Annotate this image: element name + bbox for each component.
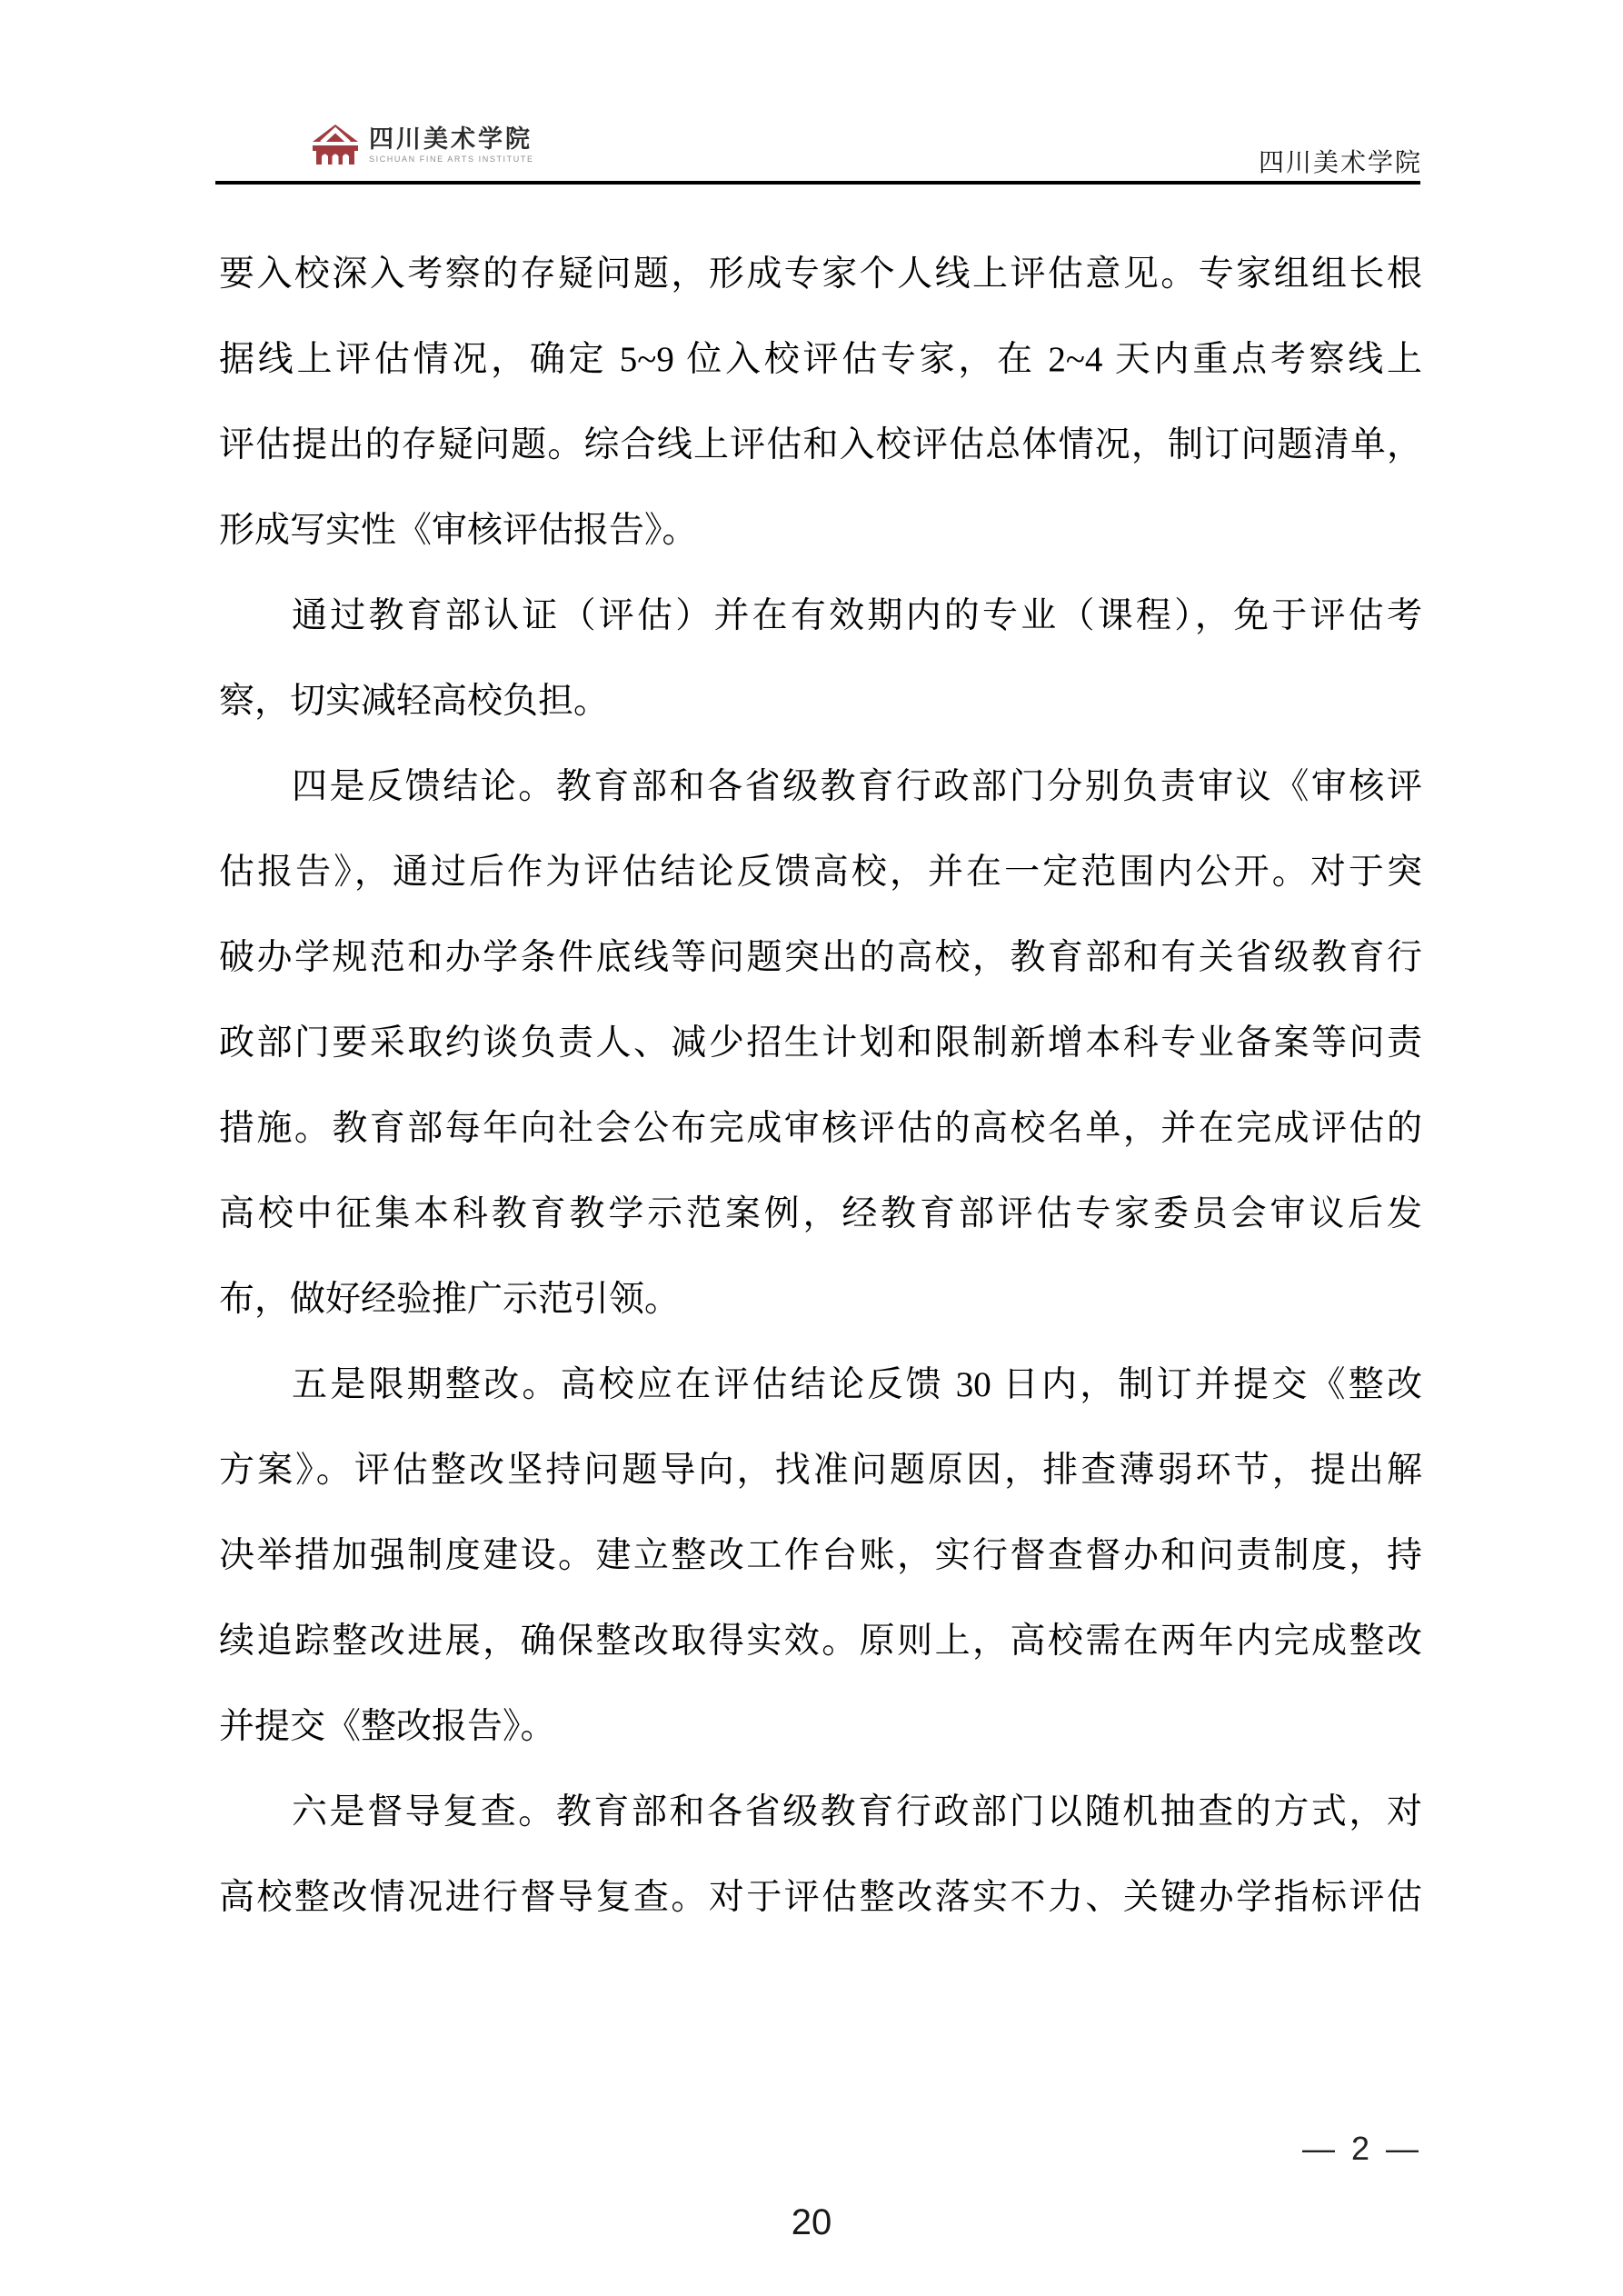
text-line: 措施。教育部每年向社会公布完成审核评估的高校名单，并在完成评估的 [219,1086,1422,1172]
text-line: 评估提出的存疑问题。综合线上评估和入校评估总体情况，制订问题清单， [219,403,1422,488]
text-line: 要入校深入考察的存疑问题，形成专家个人线上评估意见。专家组组长根 [219,232,1422,317]
text-line: 高校整改情况进行督导复查。对于评估整改落实不力、关键办学指标评估 [219,1855,1422,1941]
text-line: 高校中征集本科教育教学示范案例，经教育部评估专家委员会审议后发 [219,1172,1422,1257]
text-line: 察，切实减轻高校负担。 [219,659,1422,744]
text-line: 据线上评估情况，确定 5~9 位入校评估专家，在 2~4 天内重点考察线上 [219,317,1422,403]
text-line: 四是反馈结论。教育部和各省级教育行政部门分别负责审议《审核评 [219,744,1422,830]
text-line: 通过教育部认证（评估）并在有效期内的专业（课程），免于评估考 [219,574,1422,659]
text-line: 并提交《整改报告》。 [219,1684,1422,1770]
document-page: 四川美术学院 SICHUAN FINE ARTS INSTITUTE 四川美术学… [0,0,1623,2296]
text-line: 续追踪整改进展，确保整改取得实效。原则上，高校需在两年内完成整改 [219,1599,1422,1684]
text-line: 决举措加强制度建设。建立整改工作台账，实行督查督办和问责制度，持 [219,1513,1422,1599]
text-line: 五是限期整改。高校应在评估结论反馈 30 日内，制订并提交《整改 [219,1343,1422,1428]
text-line: 政部门要采取约谈负责人、减少招生计划和限制新增本科专业备案等问责 [219,1001,1422,1086]
text-line: 六是督导复查。教育部和各省级教育行政部门以随机抽查的方式，对 [219,1770,1422,1855]
header-school-title: 四川美术学院 [219,143,1422,179]
text-line: 方案》。评估整改坚持问题导向，找准问题原因，排查薄弱环节，提出解 [219,1428,1422,1513]
viewer-page-number: 20 [0,2202,1623,2243]
text-line: 估报告》，通过后作为评估结论反馈高校，并在一定范围内公开。对于突 [219,830,1422,915]
document-page-label: — 2 — [219,2130,1422,2168]
text-line: 布，做好经验推广示范引领。 [219,1257,1422,1343]
text-line: 破办学规范和办学条件底线等问题突出的高校，教育部和有关省级教育行 [219,915,1422,1001]
header-divider-line [215,181,1420,185]
document-body: 要入校深入考察的存疑问题，形成专家个人线上评估意见。专家组组长根据线上评估情况，… [219,232,1422,1941]
text-line: 形成写实性《审核评估报告》。 [219,488,1422,574]
